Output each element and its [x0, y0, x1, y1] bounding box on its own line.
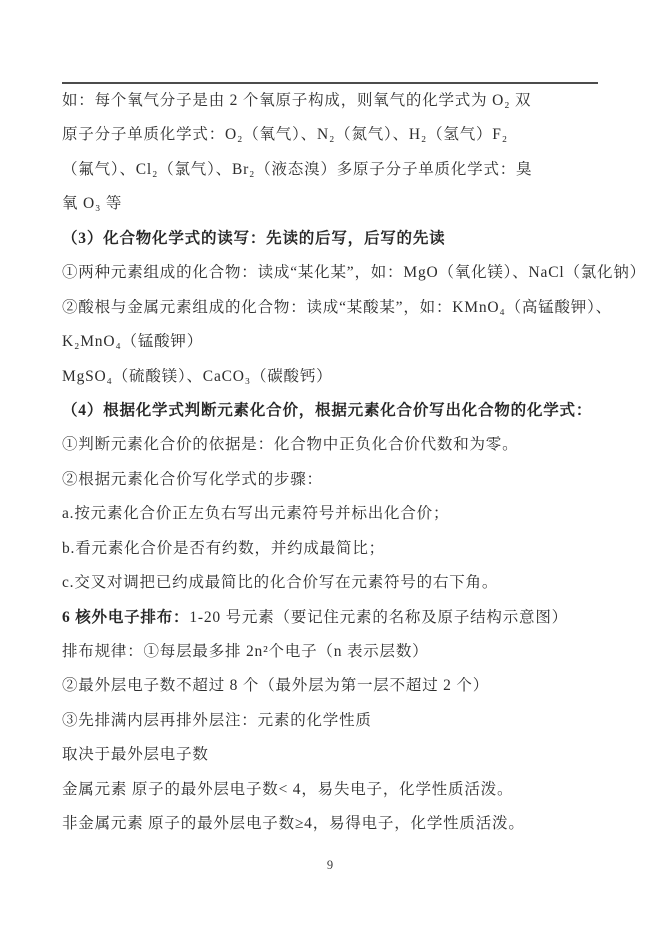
section-heading-6-bold: 6 核外电子排布： — [62, 609, 189, 626]
document-page: 如：每个氧气分子是由 2 个氧原子构成，则氧气的化学式为 O₂ 双 原子分子单质… — [0, 0, 660, 933]
paragraph: 如：每个氧气分子是由 2 个氧原子构成，则氧气的化学式为 O₂ 双 — [62, 84, 607, 118]
paragraph: ①两种元素组成的化合物：读成“某化某”，如：MgO（氧化镁）、NaCl（氯化钠） — [62, 256, 607, 290]
section-heading-6-rest: 1-20 号元素（要记住元素的名称及原子结构示意图） — [189, 609, 568, 626]
paragraph: ②酸根与金属元素组成的化合物：读成“某酸某”，如：KMnO₄（高锰酸钾）、 — [62, 291, 607, 325]
content-area: 如：每个氧气分子是由 2 个氧原子构成，则氧气的化学式为 O₂ 双 原子分子单质… — [62, 84, 607, 842]
paragraph: 非金属元素 原子的最外层电子数≥4，易得电子，化学性质活泼。 — [62, 807, 607, 841]
paragraph: 氧 O₃ 等 — [62, 187, 607, 221]
page-number: 9 — [0, 858, 660, 873]
paragraph: 金属元素 原子的最外层电子数< 4，易失电子，化学性质活泼。 — [62, 773, 607, 807]
section-heading-6: 6 核外电子排布：1-20 号元素（要记住元素的名称及原子结构示意图） — [62, 601, 607, 635]
paragraph: ③先排满内层再排外层注：元素的化学性质 — [62, 704, 607, 738]
paragraph: 原子分子单质化学式：O₂（氧气）、N₂（氮气）、H₂（氢气）F₂ — [62, 118, 607, 152]
paragraph: ②根据元素化合价写化学式的步骤： — [62, 463, 607, 497]
paragraph: c.交叉对调把已约成最简比的化合价写在元素符号的右下角。 — [62, 566, 607, 600]
paragraph: a.按元素化合价正左负右写出元素符号并标出化合价； — [62, 497, 607, 531]
paragraph: （氟气）、Cl₂（氯气）、Br₂（液态溴）多原子分子单质化学式：臭 — [62, 153, 607, 187]
paragraph: b.看元素化合价是否有约数，并约成最简比； — [62, 532, 607, 566]
paragraph: 排布规律：①每层最多排 2n²个电子（n 表示层数） — [62, 635, 607, 669]
paragraph: MgSO₄（硫酸镁）、CaCO₃（碳酸钙） — [62, 360, 607, 394]
paragraph: ②最外层电子数不超过 8 个（最外层为第一层不超过 2 个） — [62, 669, 607, 703]
paragraph: ①判断元素化合价的依据是：化合物中正负化合价代数和为零。 — [62, 428, 607, 462]
section-heading-3: （3）化合物化学式的读写：先读的后写，后写的先读 — [62, 222, 607, 256]
paragraph: K₂MnO₄（锰酸钾） — [62, 325, 607, 359]
section-heading-4: （4）根据化学式判断元素化合价，根据元素化合价写出化合物的化学式： — [62, 394, 607, 428]
paragraph: 取决于最外层电子数 — [62, 738, 607, 772]
